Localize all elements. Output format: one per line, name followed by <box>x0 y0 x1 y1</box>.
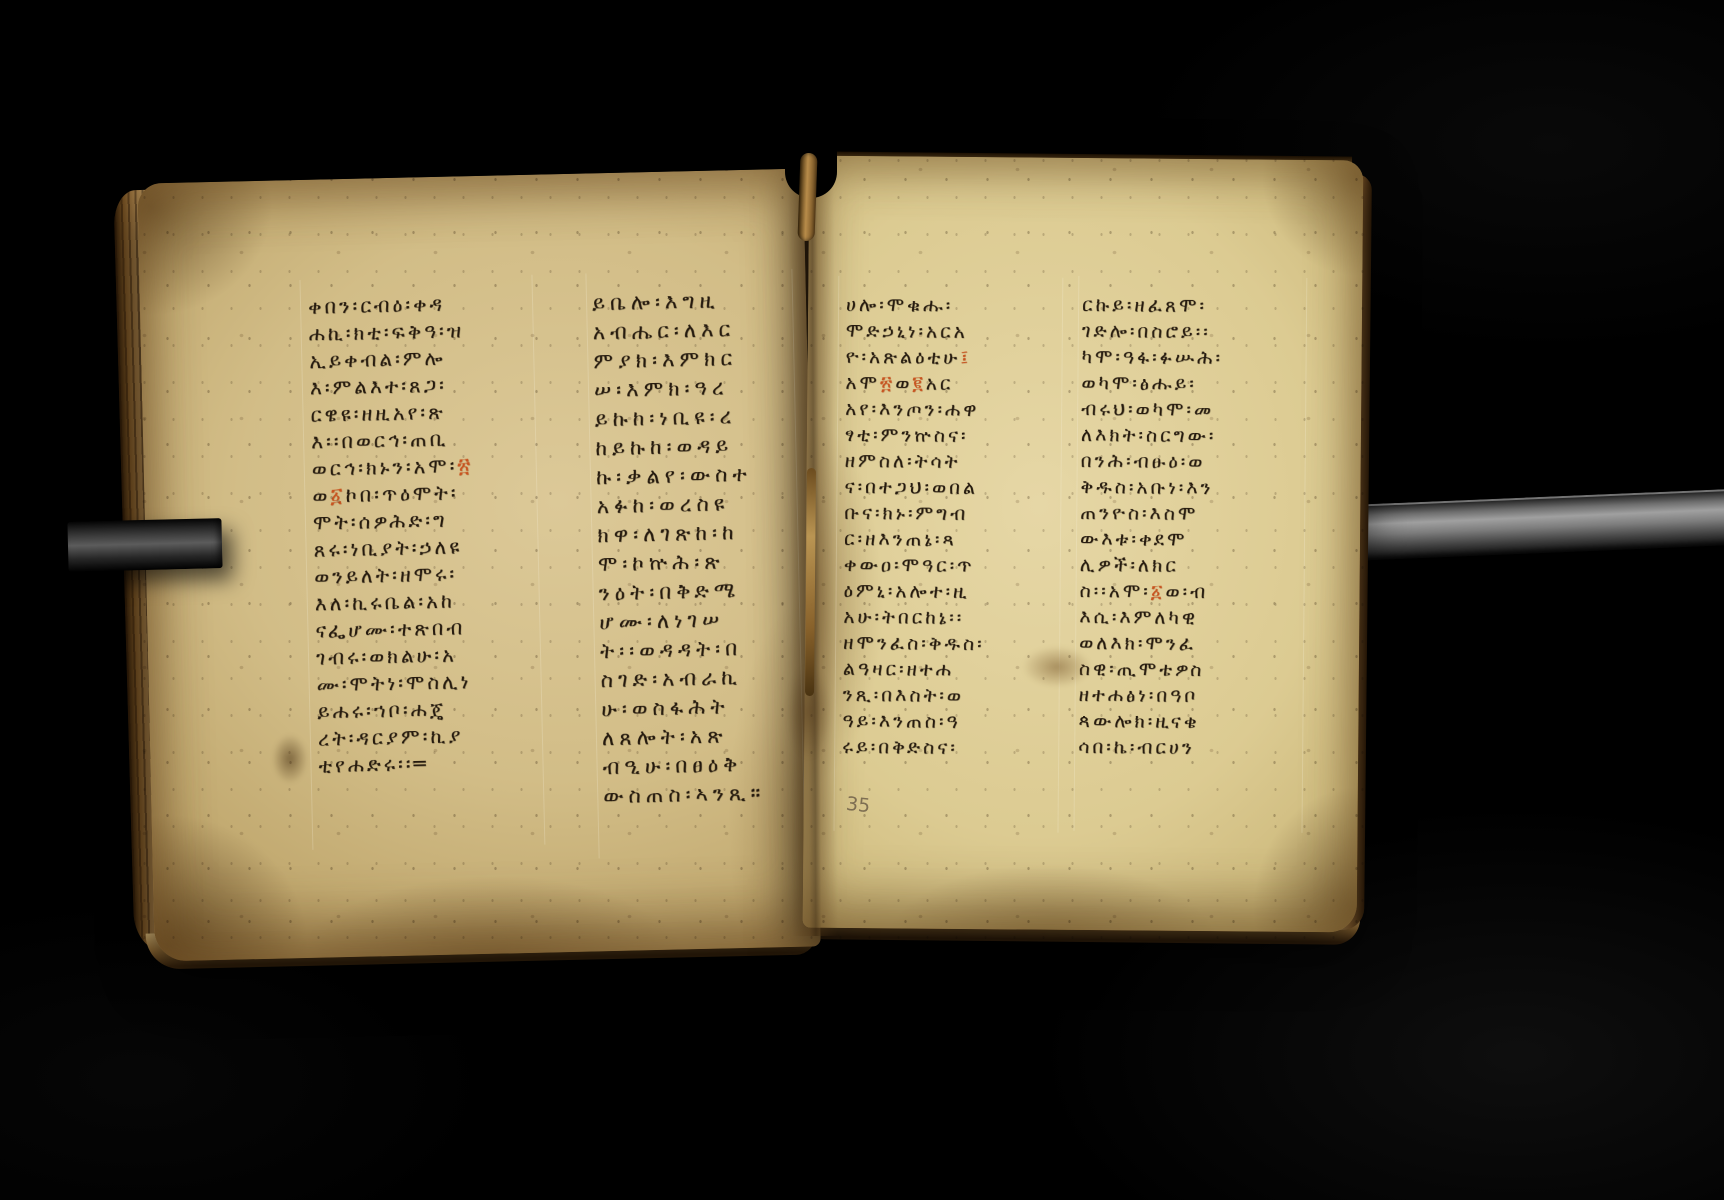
ink-text-segment: ኢይቀብል፡ምሎ <box>309 346 446 373</box>
ink-text-segment: ዓይ፡እንጠስ፡ዓ <box>842 710 960 733</box>
manuscript-text-line: ገብሩ፡ወክልሁ፡አ <box>316 641 478 672</box>
manuscript-text-line: አየ፡እንጦን፡ሐዋ <box>845 396 987 423</box>
metal-clamp-left <box>67 518 222 572</box>
manuscript-text-line: ውስጠስ፡ኣንጺ። <box>603 779 766 812</box>
manuscript-text-line: ርኩይ፡ዘፈጸሞ፡ <box>1082 292 1224 319</box>
manuscript-text-line: ቅዱስ፡አቡነ፡እን <box>1080 474 1222 501</box>
ink-text-segment: ዮ፡አጽልዕቲሁ <box>846 346 961 369</box>
manuscript-text-line: ብሩህ፡ወካሞ፡መ <box>1081 396 1223 423</box>
manuscript-text-line: አብሔር፡ለእር <box>592 315 755 348</box>
manuscript-text-line: ካሞ፡ዓፋ፡ፉሡሕ፡ <box>1082 344 1224 371</box>
manuscript-text-line: ቲየሐድሩ፡፡═ <box>318 749 480 780</box>
manuscript-text-line: ቡና፡ክኑ፡ምግብ <box>844 500 986 527</box>
right-page: ሀሎ፡ሞቁሑ፡ሞድኃኒነ፡አርአዮ፡አጽልዕቲሁ፤አሞ፳ወ፪አርአየ፡እንጦን፡… <box>803 156 1364 933</box>
ink-text-segment: ሞት፡ሰዎሕድ፡ግ <box>313 508 448 535</box>
manuscript-text-line: ስዊ፡ጢሞቴዎስ <box>1079 656 1221 683</box>
ink-text-segment: ንጺ፡በእስት፡ወ <box>843 684 964 707</box>
ink-text-segment: ይቤሎ፡እግዚ <box>592 288 720 315</box>
ink-text-segment: ወ <box>312 483 330 507</box>
ink-text-segment: ረት፡ዳርያም፡ኪያ <box>318 723 464 750</box>
manuscript-text-line: እ፡፡በወርኅ፡ጠቢ <box>311 425 473 456</box>
ink-text-segment: ስ፡፡አሞ፡ <box>1079 580 1150 603</box>
stain-blot <box>272 734 308 784</box>
ink-text-segment: ጳውሎክ፡ዚናቄ <box>1078 710 1199 733</box>
ink-text-segment: ር፡ዘእንጠኔ፡ጻ <box>844 528 957 551</box>
ink-text-segment: ቅዱስ፡አቡነ፡እን <box>1080 476 1213 499</box>
ink-text-segment: ይኩከ፡ነቢዩ፡ረ <box>594 404 736 431</box>
manuscript-text-line: ብዒሁ፡በፀዕቅ <box>602 750 765 783</box>
text-column-2: ይቤሎ፡እግዚአብሔር፡ለእርምያክ፡እምክርሠ፡እምክ፡ዓረይኩከ፡ነቢዩ፡ረ… <box>592 286 766 812</box>
ink-text-segment: ና፡በተጋህ፡ወበል <box>844 476 978 499</box>
ink-text-segment: ስገድ፡አብራኪ <box>600 665 742 692</box>
ink-text-segment: ት፡፡ወዳዳት፡በ <box>600 636 743 663</box>
ink-text-segment: ክዋ፡ለገጽከ፡ከ <box>597 520 739 547</box>
manuscript-text-line: ፃቲ፡ምንኵስና፡ <box>845 422 987 449</box>
left-page: ቀበን፡ርብዕ፡ቀዳሐኪ፡ክቲ፡ፍቅዓ፡ዝኢይቀብል፡ምሎእ፡ምልእተ፡ጸጋ፡ር… <box>137 169 820 962</box>
manuscript-text-line: ወንይለት፡ዘሞሩ፡ <box>314 560 476 591</box>
manuscript-text-line: አሁ፡ትበርከኔ፡፡ <box>843 604 985 631</box>
ink-text-segment: ጸሩ፡ነቢያት፡ኃለዩ <box>313 534 462 561</box>
manuscript-text-line: በንሕ፡ብፁዕ፡ወ <box>1081 448 1223 475</box>
ink-text-segment: ርኩይ፡ዘፈጸሞ፡ <box>1082 294 1207 317</box>
manuscript-text-line: ይቤሎ፡እግዚ <box>592 286 755 319</box>
manuscript-text-line: ዮ፡አጽልዕቲሁ፤ <box>846 344 988 371</box>
ink-text-segment: ሁ፡ወስፋሕት <box>601 694 730 721</box>
manuscript-text-line: ሞት፡ሰዎሕድ፡ግ <box>313 506 475 537</box>
ink-text-segment: ውስጠስ፡ኣንጺ። <box>603 781 766 809</box>
ink-text-segment: ጠንዮስ፡እስሞ <box>1080 502 1198 525</box>
manuscript-text-line: ለጸሎት፡አጽ <box>602 721 765 754</box>
ink-text-segment: ቲየሐድሩ፡፡ <box>318 752 414 778</box>
ink-text-segment: ምያክ፡እምክር <box>593 346 737 373</box>
manuscript-text-line: ገድሎ፡በስሮይ፡፡ <box>1082 318 1224 345</box>
ink-text-segment: ይሐሩ፡ኀቦ፡ሐጄ <box>317 697 446 724</box>
ink-text-segment: አፉከ፡ወረስዩ <box>596 491 729 518</box>
ruling-line <box>1057 278 1063 833</box>
manuscript-text-line: እለ፡ኪሩቤል፡አከ <box>315 587 477 618</box>
ink-text-segment: ለእክት፡ስርግው፡ <box>1081 424 1217 447</box>
manuscript-text-line: እ፡ምልእተ፡ጸጋ፡ <box>310 371 472 402</box>
manuscript-text-line: ወለእክ፡ሞንፈ <box>1079 630 1221 657</box>
manuscript-text-line: ለእክት፡ስርግው፡ <box>1081 422 1223 449</box>
manuscript-text-line: ክዋ፡ለገጽከ፡ከ <box>597 518 760 551</box>
manuscript-text-line: ዕምኒ፡አሎተ፡ዚ <box>843 578 985 605</box>
ink-text-segment: ዕምኒ፡አሎተ፡ዚ <box>843 580 969 603</box>
rubric-numeral: ፩ <box>1151 581 1166 603</box>
ink-text-segment: ናፌሆሙ፡ተጽበብ <box>315 615 465 642</box>
ink-text-segment: ወ፡ብ <box>1165 581 1208 603</box>
manuscript-text-line: ኢይቀብል፡ምሎ <box>309 344 471 375</box>
ink-text-segment: ሞድኃኒነ፡አርአ <box>846 320 968 343</box>
ink-text-segment: አየ፡እንጦን፡ሐዋ <box>845 398 979 421</box>
ink-text-segment: ከይኩከ፡ወዳይ <box>595 433 733 460</box>
manuscript-text-line: እሲ፡እምለካዊ <box>1079 604 1221 631</box>
manuscript-text-line: ሞድኃኒነ፡አርአ <box>846 318 988 345</box>
manuscript-text-line: ት፡፡ወዳዳት፡በ <box>600 634 763 667</box>
ink-text-segment: ሆሙ፡ለነገሠ <box>599 607 724 634</box>
ink-text-segment: ቀበን፡ርብዕ፡ቀዳ <box>308 292 445 319</box>
ink-text-segment: ኩ፡ቃልየ፡ውስተ <box>596 462 752 490</box>
manuscript-text-line: ይኩከ፡ነቢዩ፡ረ <box>594 402 757 435</box>
ink-text-segment: ሳበ፡ኬ፡ብርሀን <box>1078 736 1195 759</box>
manuscript-text-line: ጸሩ፡ነቢያት፡ኃለዩ <box>313 533 475 564</box>
manuscript-text-line: አሞ፳ወ፪አር <box>845 370 987 397</box>
ink-text-segment: አር <box>926 373 954 395</box>
ink-text-segment: ብሩህ፡ወካሞ፡መ <box>1081 398 1214 421</box>
manuscript-text-line: ና፡በተጋህ፡ወበል <box>844 474 986 501</box>
rubric-numeral: ፤ <box>960 347 971 369</box>
text-column-1: ቀበን፡ርብዕ፡ቀዳሐኪ፡ክቲ፡ፍቅዓ፡ዝኢይቀብል፡ምሎእ፡ምልእተ፡ጸጋ፡ር… <box>308 290 480 780</box>
manuscript-text-line: ሐኪ፡ክቲ፡ፍቅዓ፡ዝ <box>308 317 470 348</box>
ink-text-segment: ስዊ፡ጢሞቴዎስ <box>1079 658 1205 681</box>
manuscript-text-line: ስ፡፡አሞ፡፩ወ፡ብ <box>1079 578 1221 605</box>
ink-text-segment: ሐኪ፡ክቲ፡ፍቅዓ፡ዝ <box>308 318 464 346</box>
ink-text-segment: ካሞ፡ዓፋ፡ፉሡሕ፡ <box>1082 346 1224 369</box>
ink-text-segment: አሞ <box>845 372 880 394</box>
manuscript-text-line: ሊዎች፡ለክር <box>1080 552 1222 579</box>
ink-text-segment: ርዌዩ፡ዘዚአየ፡ጽ <box>310 400 446 427</box>
manuscript-text-line: ልዓዛር፡ዘተሐ <box>843 656 985 683</box>
manuscript-text-line: ሳበ፡ኬ፡ብርሀን <box>1078 734 1220 761</box>
ink-text-segment: እለ፡ኪሩቤል፡አከ <box>315 589 456 616</box>
ink-text-segment: አብሔር፡ለእር <box>592 317 735 344</box>
manuscript-text-line: ሁ፡ወስፋሕት <box>601 692 764 725</box>
ink-text-segment: ሩይ፡በቅድስና፡ <box>842 736 958 759</box>
manuscript-text-line: ኩ፡ቃልየ፡ውስተ <box>596 460 759 493</box>
manuscript-text-line: አፉከ፡ወረስዩ <box>596 489 759 522</box>
ink-text-segment: ብዒሁ፡በፀዕቅ <box>602 752 742 779</box>
manuscript-text-line: ውእቱ፡ቀደሞ <box>1080 526 1222 553</box>
manuscript-text-line: ሙ፡ሞትነ፡ሞስሊነ <box>316 668 478 699</box>
ink-text-segment: እሲ፡እምለካዊ <box>1079 606 1198 629</box>
ink-text-segment: ለጸሎት፡አጽ <box>602 723 728 750</box>
manuscript-text-line: ስገድ፡አብራኪ <box>600 663 763 696</box>
manuscript-text-line: ጳውሎክ፡ዚናቄ <box>1078 708 1220 735</box>
manuscript-text-line: ወ፩ኮበ፡ጥዕሞት፡ <box>312 479 474 510</box>
ink-text-segment: ሠ፡እምክ፡ዓረ <box>594 375 729 402</box>
ruling-line <box>1301 278 1307 833</box>
ink-text-segment: ═ <box>413 751 429 775</box>
rubric-numeral: ፩ <box>330 483 346 507</box>
ink-text-segment: ፃቲ፡ምንኵስና፡ <box>845 424 969 447</box>
manuscript-text-line: ቀውዐ፡ሞዓር፡ጥ <box>844 552 986 579</box>
manuscript-text-line: ቀበን፡ርብዕ፡ቀዳ <box>308 290 470 321</box>
manuscript-text-line: ይሐሩ፡ኀቦ፡ሐጄ <box>317 695 479 726</box>
ink-text-segment: እ፡፡በወርኅ፡ጠቢ <box>311 427 449 454</box>
manuscript-text-line: ወርኅ፡ክኑን፡አሞ፡፳ <box>311 452 473 483</box>
ink-text-segment: ወንይለት፡ዘሞሩ፡ <box>314 562 457 589</box>
manuscript-text-line: ዓይ፡እንጠስ፡ዓ <box>842 708 984 735</box>
ink-text-segment: ገብሩ፡ወክልሁ፡አ <box>316 643 457 670</box>
manuscript-text-line: ሠ፡እምክ፡ዓረ <box>594 373 757 406</box>
ink-text-segment: ወካሞ፡ፅሑይ፡ <box>1081 372 1197 395</box>
ink-text-segment: አሁ፡ትበርከኔ፡፡ <box>843 606 964 629</box>
rubric-numeral: ፳ <box>880 372 895 394</box>
manuscript-text-line: ረት፡ዳርያም፡ኪያ <box>318 722 480 753</box>
rubric-numeral: ፪ <box>912 373 926 395</box>
manuscript-text-line: ሀሎ፡ሞቁሑ፡ <box>846 292 988 319</box>
stain-blot <box>1022 646 1092 688</box>
ink-text-segment: ገድሎ፡በስሮይ፡፡ <box>1082 320 1211 343</box>
manuscript-text-line: ሆሙ፡ለነገሠ <box>599 605 762 638</box>
binding-thread-top <box>797 153 817 242</box>
manuscript-text-line: ጠንዮስ፡እስሞ <box>1080 500 1222 527</box>
ink-text-segment: ዘምስለ፡ትሳት <box>845 450 961 473</box>
ink-text-segment: ወርኅ፡ክኑን፡አሞ፡ <box>312 453 458 480</box>
ink-text-segment: ሊዎች፡ለክር <box>1080 554 1179 577</box>
manuscript-text-line: ሩይ፡በቅድስና፡ <box>842 734 984 761</box>
ink-text-segment: እ፡ምልእተ፡ጸጋ፡ <box>310 373 447 400</box>
manuscript-text-line: ር፡ዘእንጠኔ፡ጻ <box>844 526 986 553</box>
manuscript-text-line: ከይኩከ፡ወዳይ <box>595 431 758 464</box>
text-column-3: ሀሎ፡ሞቁሑ፡ሞድኃኒነ፡አርአዮ፡አጽልዕቲሁ፤አሞ፳ወ፪አርአየ፡እንጦን፡… <box>842 292 988 761</box>
ink-text-segment: ዘተሐፅነ፡በዓቦ <box>1079 684 1199 707</box>
ink-text-segment: ቡና፡ክኑ፡ምግብ <box>844 502 968 525</box>
manuscript-text-line: ዘተሐፅነ፡በዓቦ <box>1079 682 1221 709</box>
ink-text-segment: ዘሞንፈስ፡ቅዱስ፡ <box>843 632 985 655</box>
manuscript-text-line: ዘሞንፈስ፡ቅዱስ፡ <box>843 630 985 657</box>
manuscript-text-line: ወካሞ፡ፅሑይ፡ <box>1081 370 1223 397</box>
ruling-line <box>531 275 545 845</box>
ink-text-segment: ቀውዐ፡ሞዓር፡ጥ <box>844 554 975 577</box>
ink-text-segment: ኮበ፡ጥዕሞት፡ <box>345 480 458 507</box>
text-column-4: ርኩይ፡ዘፈጸሞ፡ገድሎ፡በስሮይ፡፡ካሞ፡ዓፋ፡ፉሡሕ፡ወካሞ፡ፅሑይ፡ብሩህ… <box>1078 292 1223 761</box>
ink-text-segment: ንዕት፡በቅድሜ <box>598 578 740 605</box>
ink-text-segment: ወ <box>895 372 912 394</box>
ink-text-segment: በንሕ፡ብፁዕ፡ወ <box>1081 450 1206 473</box>
ink-text-segment: ወለእክ፡ሞንፈ <box>1079 632 1196 655</box>
manuscript-text-line: ናፌሆሙ፡ተጽበብ <box>315 614 477 645</box>
ink-text-segment: ልዓዛር፡ዘተሐ <box>843 658 954 681</box>
rubric-numeral: ፳ <box>457 453 473 477</box>
manuscript-text-line: ንዕት፡በቅድሜ <box>598 576 761 609</box>
folio-number-pencil: 35 <box>845 793 871 817</box>
ink-text-segment: ሙ፡ሞትነ፡ሞስሊነ <box>316 669 471 697</box>
ink-text-segment: ሞ፡ኮኵሕ፡ጽ <box>598 549 725 576</box>
manuscript-text-line: ርዌዩ፡ዘዚአየ፡ጽ <box>310 398 472 429</box>
ink-text-segment: ሀሎ፡ሞቁሑ፡ <box>846 294 953 317</box>
ink-text-segment: ውእቱ፡ቀደሞ <box>1080 528 1188 551</box>
manuscript-text-line: ምያክ፡እምክር <box>593 344 756 377</box>
manuscript-text-line: ንጺ፡በእስት፡ወ <box>843 682 985 709</box>
manuscript-text-line: ሞ፡ኮኵሕ፡ጽ <box>598 547 761 580</box>
manuscript-text-line: ዘምስለ፡ትሳት <box>845 448 987 475</box>
